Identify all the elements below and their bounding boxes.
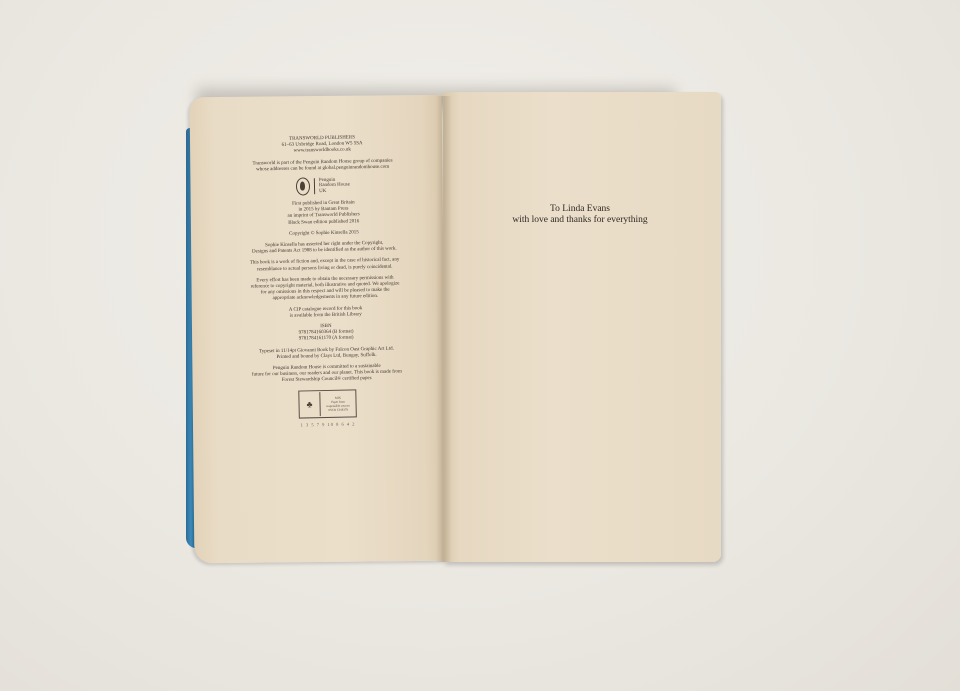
logo-line: Random House	[319, 183, 350, 189]
fiction-notice: This book is a work of fiction and, exce…	[216, 257, 434, 274]
dedication: To Linda Evans with love and thanks for …	[490, 204, 670, 226]
moral-rights: Sophie Kinsella has asserted her right u…	[215, 240, 433, 257]
first-published: First published in Great Britain in 2015…	[214, 199, 432, 228]
group-note: Transworld is part of the Penguin Random…	[213, 157, 431, 174]
penguin-random-house-logo: Penguin Random House UK	[214, 175, 432, 198]
book-gutter	[436, 96, 452, 562]
logo-line: UK	[319, 188, 350, 194]
publisher-block: TRANSWORLD PUBLISHERS 61–63 Uxbridge Roa…	[213, 134, 431, 157]
permissions-notice: Every effort has been made to obtain the…	[216, 275, 434, 304]
logo-divider	[314, 178, 315, 194]
sustainability-notice: Penguin Random House is committed to a s…	[218, 363, 436, 386]
copyright-page-text: TRANSWORLD PUBLISHERS 61–63 Uxbridge Roa…	[213, 134, 437, 430]
copyright-notice: Copyright © Sophie Kinsella 2015	[215, 229, 433, 240]
fsc-info: MIX Paper from responsible sources FSC® …	[320, 395, 355, 412]
penguin-icon	[296, 177, 310, 195]
isbn-block: ISBN 9781784160364 (B format) 9781784161…	[217, 322, 435, 345]
right-page	[443, 92, 721, 562]
dedication-line-2: with love and thanks for everything	[490, 215, 670, 226]
logo-text: Penguin Random House UK	[319, 177, 350, 194]
fsc-line: FSC® C018179	[321, 407, 356, 412]
fsc-logo: ♣ MIX Paper from responsible sources FSC…	[298, 389, 357, 418]
cip-notice: A CIP catalogue record for this book is …	[217, 304, 435, 321]
typeset-notice: Typeset in 11/14pt Giovanni Book by Falc…	[217, 345, 435, 362]
dedication-line-1: To Linda Evans	[490, 204, 670, 215]
fsc-tree-icon: ♣	[299, 392, 320, 416]
